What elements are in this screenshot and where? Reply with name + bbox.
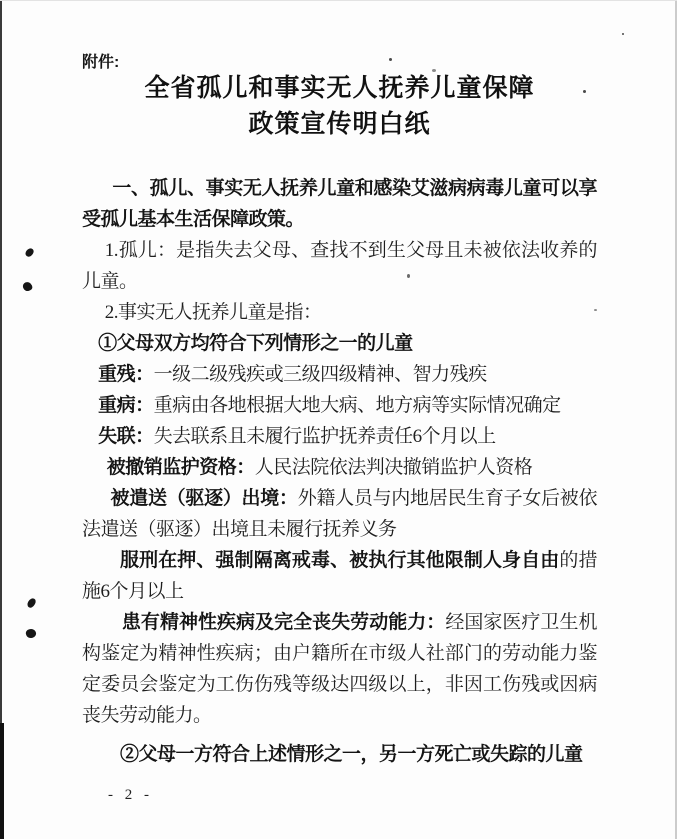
paragraph-lead-text: 重病： xyxy=(98,395,154,416)
para-policy-eligibility: 一、孤儿、事实无人抚养儿童和感染艾滋病病毒儿童可以享受孤儿基本生活保障政策。 xyxy=(82,173,597,235)
para-mental-illness: 患有精神性疾病及完全丧失劳动能力：经国家医疗卫生机构鉴定为精神性疾病；由户籍所在… xyxy=(82,607,597,731)
paragraph-lead-text: 服刑在押、强制隔离戒毒、被执行其他限制人身自由 xyxy=(120,550,559,571)
para-severe-disability: 重残：一级二级残疾或三级四级精神、智力残疾 xyxy=(82,359,597,390)
para-deported: 被遣送（驱逐）出境：外籍人员与内地居民生育子女后被依法遣送（驱逐）出境且未履行抚… xyxy=(82,483,597,545)
paragraph-lead-text: 失联： xyxy=(98,426,154,447)
ink-smudge xyxy=(24,247,35,258)
scanned-document-page: 附件: 全省孤儿和事实无人抚养儿童保障 政策宣传明白纸 一、孤儿、事实无人抚养儿… xyxy=(0,0,677,839)
para-case1-heading: ①父母双方均符合下列情形之一的儿童 xyxy=(82,328,597,359)
paragraph-lead-text: 被撤销监护资格： xyxy=(107,457,255,478)
paragraph-text: 1.孤儿：是指失去父母、查找不到生父母且未被依法收养的儿童。 xyxy=(82,240,597,292)
document-title-line2: 政策宣传明白纸 xyxy=(82,107,597,143)
ink-smudge xyxy=(25,628,37,639)
document-title: 全省孤儿和事实无人抚养儿童保障 政策宣传明白纸 xyxy=(82,71,597,143)
para-orphan-definition: 1.孤儿：是指失去父母、查找不到生父母且未被依法收养的儿童。 xyxy=(82,235,597,297)
ink-smudge xyxy=(26,597,37,609)
document-body: 一、孤儿、事实无人抚养儿童和感染艾滋病病毒儿童可以享受孤儿基本生活保障政策。1.… xyxy=(82,173,597,770)
scan-edge-left xyxy=(0,1,2,839)
para-severe-illness: 重病：重病由各地根据大地大病、地方病等实际情况确定 xyxy=(82,390,597,421)
scan-speck xyxy=(622,33,624,35)
paragraph-lead-text: ②父母一方符合上述情形之一，另一方死亡或失踪的儿童 xyxy=(120,744,583,765)
attachment-label: 附件: xyxy=(82,49,119,72)
para-lost-contact: 失联：失去联系且未履行监护抚养责任6个月以上 xyxy=(82,421,597,452)
paragraph-text: 失去联系且未履行监护抚养责任6个月以上 xyxy=(154,426,496,447)
scan-speck xyxy=(389,58,392,61)
para-guardianship-revoked: 被撤销监护资格：人民法院依法判决撤销监护人资格 xyxy=(82,452,597,483)
scan-edge-left-thick xyxy=(0,723,4,839)
page-number: - 2 - xyxy=(108,787,153,804)
document-title-line1: 全省孤儿和事实无人抚养儿童保障 xyxy=(82,71,597,107)
para-case2-heading: ②父母一方符合上述情形之一，另一方死亡或失踪的儿童 xyxy=(82,739,597,770)
para-imprisonment: 服刑在押、强制隔离戒毒、被执行其他限制人身自由的措施6个月以上 xyxy=(82,545,597,607)
paragraph-lead-text: 一、孤儿、事实无人抚养儿童和感染艾滋病病毒儿童可以享受孤儿基本生活保障政策。 xyxy=(82,178,597,230)
paragraph-lead-text: 重残： xyxy=(98,364,154,385)
ink-smudge xyxy=(22,281,34,293)
paragraph-text: 人民法院依法判决撤销监护人资格 xyxy=(255,457,533,478)
paragraph-lead-text: 患有精神性疾病及完全丧失劳动能力： xyxy=(122,612,445,633)
paragraph-text: 重病由各地根据大地大病、地方病等实际情况确定 xyxy=(154,395,561,416)
paragraph-lead-text: ①父母双方均符合下列情形之一的儿童 xyxy=(98,333,413,354)
para-defacto-definition-intro: 2.事实无人抚养儿童是指： xyxy=(82,297,597,328)
paragraph-text: 2.事实无人抚养儿童是指： xyxy=(105,302,322,323)
paragraph-text: 一级二级残疾或三级四级精神、智力残疾 xyxy=(154,364,487,385)
paragraph-lead-text: 被遣送（驱逐）出境： xyxy=(111,488,298,509)
